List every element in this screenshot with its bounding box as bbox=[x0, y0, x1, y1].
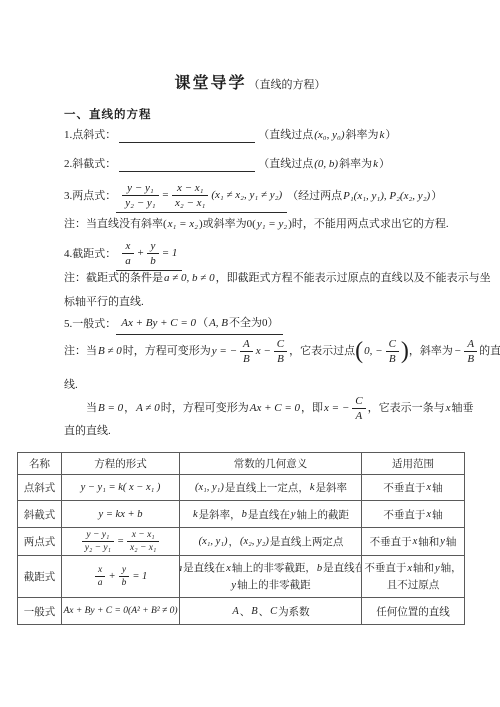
equations-table: 名称 方程的形式 常数的几何意义 适用范围 点斜式 y − y₁ = k( x … bbox=[17, 452, 465, 625]
cell-name: 截距式 bbox=[18, 556, 62, 598]
table-row-general: 一般式 Ax + By + C = 0(A² + B² ≠ 0) A、B、C为系… bbox=[18, 598, 464, 624]
cell-form: y − y₁ = k( x − x₁ ) bbox=[80, 482, 162, 493]
remark-text: 直的直线. bbox=[64, 424, 111, 439]
page-title: 课堂导学（直线的方程） bbox=[0, 70, 500, 93]
cell-name: 一般式 bbox=[18, 598, 62, 624]
remark-text: 注：当直线没有斜率(x₁ = x₂)或斜率为0(y₁ = y₂)时，不能用两点式… bbox=[64, 217, 449, 232]
section-heading: 一、直线的方程 bbox=[64, 106, 152, 122]
table-row-point-slope: 点斜式 y − y₁ = k( x − x₁ ) (x₁, y₁)是直线上一定点… bbox=[18, 475, 464, 501]
item-intercept: 4.截距式： xa+yb= 1 bbox=[64, 238, 182, 271]
cell-name: 两点式 bbox=[18, 528, 62, 556]
item-label: 2.斜截式： bbox=[64, 157, 116, 172]
cell-range-line1: 不垂直于x轴和y轴， bbox=[364, 560, 461, 577]
header-meaning: 常数的几何意义 bbox=[180, 453, 362, 475]
remark-general-1: 注：当B ≠ 0时，方程可变形为y = −ABx −CB，它表示过点(0, −C… bbox=[64, 338, 500, 365]
general-formula: Ax + By + C = 0（A, B不全为0） bbox=[116, 314, 282, 335]
cell-meaning-line2: y轴上的非零截距 bbox=[230, 577, 310, 594]
header-range: 适用范围 bbox=[362, 453, 464, 475]
cell-range: 不垂直于x轴 bbox=[383, 480, 442, 495]
cell-meaning: k是斜率，b是直线在y轴上的截距 bbox=[192, 507, 349, 522]
item-label: 5.一般式： bbox=[64, 317, 116, 332]
item-note: （直线过点(x₀, y₀)斜率为k） bbox=[258, 128, 396, 143]
table-row-intercept: 截距式 xa+yb= 1 a是直线在x轴上的非零截距，b是直线在 y轴上的非零截… bbox=[18, 556, 464, 598]
remark-text: 注：当B ≠ 0时，方程可变形为y = −ABx −CB，它表示过点(0, −C… bbox=[64, 338, 500, 365]
cell-meaning: a是直线在x轴上的非零截距，b是直线在 y轴上的非零截距 bbox=[180, 556, 362, 598]
answer-blank bbox=[119, 129, 255, 143]
header-name: 名称 bbox=[18, 453, 62, 475]
answer-blank bbox=[119, 158, 255, 172]
item-label: 1.点斜式： bbox=[64, 128, 116, 143]
item-two-point: 3.两点式： y − y₁y₂ − y₁=x − x₁x₂ − x₁(x₁ ≠ … bbox=[64, 180, 442, 213]
cell-meaning: (x₁, y₁)，(x₂, y₂)是直线上两定点 bbox=[198, 534, 344, 549]
item-general: 5.一般式： Ax + By + C = 0（A, B不全为0） bbox=[64, 314, 283, 335]
cell-form: y − y₁y₂ − y₁=x − x₁x₂ − x₁ bbox=[80, 530, 162, 554]
cell-form: y = kx + b bbox=[98, 509, 144, 520]
cell-form: xa+yb= 1 bbox=[93, 565, 149, 589]
two-point-formula: y − y₁y₂ − y₁=x − x₁x₂ − x₁(x₁ ≠ x₂, y₁ … bbox=[116, 180, 287, 213]
remark-intercept-1: 注：截距式的条件是a ≠ 0, b ≠ 0，即截距式方程不能表示过原点的直线以及… bbox=[64, 271, 491, 286]
intercept-formula: xa+yb= 1 bbox=[116, 238, 182, 271]
remark-two-point: 注：当直线没有斜率(x₁ = x₂)或斜率为0(y₁ = y₂)时，不能用两点式… bbox=[64, 217, 449, 232]
cell-meaning: (x₁, y₁)是直线上一定点，k是斜率 bbox=[194, 480, 347, 495]
remark-general-3: 当B = 0，A ≠ 0时，方程可变形为Ax + C = 0，即x = −CA，… bbox=[86, 395, 473, 422]
table-header-row: 名称 方程的形式 常数的几何意义 适用范围 bbox=[18, 453, 464, 475]
remark-general-4: 直的直线. bbox=[64, 424, 111, 439]
cell-range: 不垂直于x轴 bbox=[383, 507, 442, 522]
item-label: 4.截距式： bbox=[64, 247, 116, 262]
cell-meaning: A、B、C为系数 bbox=[231, 604, 309, 619]
cell-range: 不垂直于x轴和y轴 bbox=[370, 534, 457, 549]
item-slope-intercept: 2.斜截式： （直线过点(0, b)斜率为k） bbox=[64, 157, 390, 172]
cell-name: 斜截式 bbox=[18, 501, 62, 528]
item-note: （直线过点(0, b)斜率为k） bbox=[258, 157, 390, 172]
cell-range: 不垂直于x轴和y轴， 且不过原点 bbox=[362, 556, 464, 598]
document-page: 课堂导学（直线的方程） 一、直线的方程 1.点斜式： （直线过点(x₀, y₀)… bbox=[0, 0, 500, 707]
cell-name: 点斜式 bbox=[18, 475, 62, 501]
cell-form: Ax + By + C = 0(A² + B² ≠ 0) bbox=[62, 606, 178, 616]
table-row-slope-intercept: 斜截式 y = kx + b k是斜率，b是直线在y轴上的截距 不垂直于x轴 bbox=[18, 501, 464, 528]
remark-text: 标轴平行的直线. bbox=[64, 295, 144, 310]
header-form: 方程的形式 bbox=[62, 453, 180, 475]
item-point-slope: 1.点斜式： （直线过点(x₀, y₀)斜率为k） bbox=[64, 128, 396, 143]
remark-text: 线. bbox=[64, 378, 78, 393]
remark-text: 注：截距式的条件是a ≠ 0, b ≠ 0，即截距式方程不能表示过原点的直线以及… bbox=[64, 271, 491, 286]
title-sub: （直线的方程） bbox=[249, 79, 326, 91]
remark-intercept-2: 标轴平行的直线. bbox=[64, 295, 144, 310]
table-row-two-point: 两点式 y − y₁y₂ − y₁=x − x₁x₂ − x₁ (x₁, y₁)… bbox=[18, 528, 464, 556]
title-main: 课堂导学 bbox=[174, 75, 246, 92]
cell-range-line2: 且不过原点 bbox=[387, 577, 440, 594]
item-note: （经过两点P₁(x₁, y₁), P₂(x₂, y₂)） bbox=[287, 189, 442, 204]
item-label: 3.两点式： bbox=[64, 189, 116, 204]
remark-text: 当B = 0，A ≠ 0时，方程可变形为Ax + C = 0，即x = −CA，… bbox=[86, 395, 473, 422]
remark-general-2: 线. bbox=[64, 378, 78, 393]
cell-range: 任何位置的直线 bbox=[376, 604, 450, 619]
cell-meaning-line1: a是直线在x轴上的非零截距，b是直线在 bbox=[180, 560, 362, 577]
